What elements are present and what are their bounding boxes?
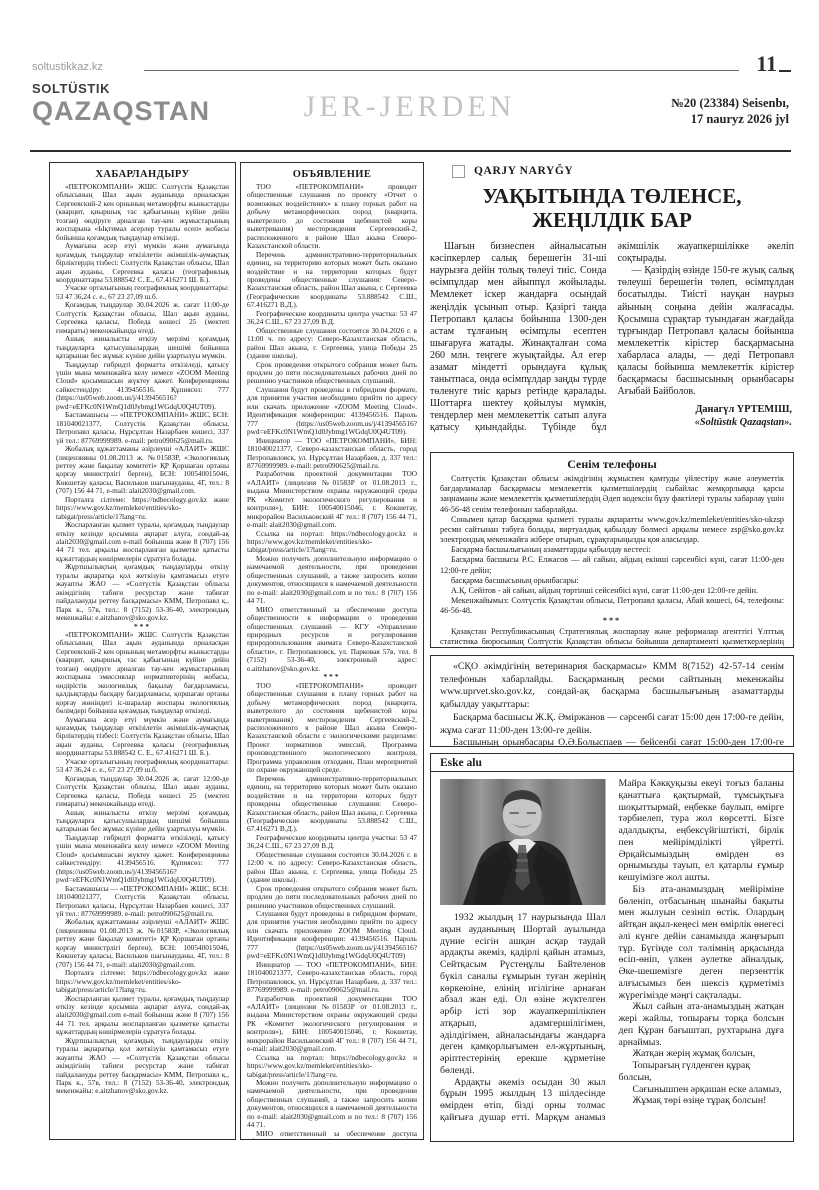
paragraph: Жатқан жерің жұмақ болсын,: [619, 1048, 785, 1060]
paragraph: Ссылка на портал: https://ndbecology.gov…: [247, 1054, 417, 1079]
memorial-box: Eske alu: [430, 753, 794, 1142]
announcement-kz-box: ХАБАРЛАНДЫРУ «ПЕТРОКОМПАНИ» ЖШС Солтүсті…: [49, 162, 236, 1140]
paragraph: Бастамашысы — «ПЕТРОКОМПАНИ» ЖШС, БСН: 1…: [56, 411, 229, 445]
paragraph: Жобалық құжаттаманы әзірлеуші «АЛАИТ» ЖШ…: [56, 445, 229, 496]
paragraph: Сағынышпен әрқашан еске аламыз,: [619, 1084, 785, 1096]
trust-phone-body: Солтүстік Қазақстан облысы әкімдігінің ж…: [440, 474, 784, 648]
article-body: Шағын бизнеспен айналысатын кәсіпкерлер …: [430, 241, 794, 448]
article-byline: Данагүл ҮРТЕМІШ, «Soltüstık Qazaqstan».: [618, 404, 795, 430]
paragraph: ***: [440, 616, 784, 626]
paragraph: «ПЕТРОКОМПАНИ» ЖШС Солтүстік Қазақстан о…: [56, 183, 229, 242]
headline-line-1: УАҚЫТЫНДА ТӨЛЕНСЕ,: [430, 185, 794, 209]
paragraph: Басқарма басшылығының азаматтарды қабылд…: [440, 545, 784, 555]
paragraph: Разработчик проектной документации ТОО «…: [247, 995, 417, 1054]
paragraph: Жұртшылықтың қоғамдық тыңдауларды өткізу…: [56, 1037, 229, 1096]
paragraph: Солтүстік Қазақстан облысы әкімдігінің ж…: [440, 474, 784, 515]
paragraph: Перечень административно-территориальных…: [247, 251, 417, 310]
paragraph: Срок проведения открытого собрания может…: [247, 885, 417, 910]
paragraph: Ашық жиналысты өткізу мерзімі қоғамдық т…: [56, 809, 229, 834]
memorial-body: 1932 жылдың 17 наурызында Шал ақын аудан…: [431, 772, 793, 1136]
veterinary-body: «СҚО әкімдігінің ветеринария басқармасы»…: [440, 661, 784, 747]
article-headline: УАҚЫТЫНДА ТӨЛЕНСЕ, ЖЕҢІЛДІК БАР: [430, 185, 794, 232]
paragraph: Учаске орталығының географиялық координа…: [56, 284, 229, 301]
paragraph: Аумағына әсер етуі мүмкін және аумағында…: [56, 242, 229, 284]
memorial-header: Eske alu: [431, 754, 793, 772]
paragraph: Жоспарланған қызмет туралы, қоғамдық тың…: [56, 521, 229, 563]
paragraph: Тыңдаулар гибридті форматта өткізіледі, …: [56, 834, 229, 885]
paragraph: Ссылка на портал: https://ndbecology.gov…: [247, 530, 417, 555]
article-kicker-row: QARJY NARYĞY: [452, 164, 794, 178]
trust-phone-box: Сенім телефоны Солтүстік Қазақстан облыс…: [430, 452, 794, 648]
paragraph: басқарма басшысының орынбасары:: [440, 576, 784, 586]
article-kicker: QARJY NARYĞY: [474, 165, 573, 177]
paragraph: Жұмақ төрі өзіңе тұрақ болсын!: [619, 1095, 785, 1107]
article: QARJY NARYĞY УАҚЫТЫНДА ТӨЛЕНСЕ, ЖЕҢІЛДІК…: [430, 164, 794, 448]
announcement-kz-title: ХАБАРЛАНДЫРУ: [56, 169, 229, 180]
author-name: Данагүл ҮРТЕМІШ,: [618, 404, 793, 417]
announcement-ru-box: ОБЪЯВЛЕНИЕ ТОО «ПЕТРОКОМПАНИ» проводит о…: [240, 162, 424, 1140]
paragraph: Қазақстан Республикасының Стратегиялық ж…: [440, 627, 784, 648]
paragraph: Басқарма басшысы Ж.Қ. Әміржанов — сәрсен…: [440, 712, 784, 737]
paragraph: Порталға сілтеме: https://ndbecology.gov…: [56, 969, 229, 994]
paragraph: Топырағың гүлденген құрақ болсын,: [619, 1060, 785, 1084]
paragraph: МИО ответственный за обеспечение доступа…: [247, 1130, 417, 1140]
paragraph: Срок проведения открытого собрания может…: [247, 361, 417, 386]
paragraph: Сонымен қатар басқарма қызметі туралы ақ…: [440, 515, 784, 546]
headline-line-2: ЖЕҢІЛДІК БАР: [430, 209, 794, 233]
paragraph: МИО ответственный за обеспечение доступа…: [247, 606, 417, 674]
paragraph: Разработчик проектной документации ТОО «…: [247, 470, 417, 529]
site-url: soltustikkaz.kz: [32, 61, 103, 73]
page-number-dash: [779, 70, 791, 72]
masthead-rule: [30, 150, 791, 152]
newspaper-page: soltustikkaz.kz 11 SOLTÜSTIK QAZAQSTAN J…: [0, 0, 819, 1190]
paragraph: Басшының орынбасары О.Ә.Болыспаев — бейс…: [440, 737, 784, 747]
paragraph: Общественные слушания состоятся 30.04.20…: [247, 851, 417, 885]
paragraph: А.Қ. Сейітов - ай сайын, айдың төртінші …: [440, 586, 784, 596]
portrait-illustration: [440, 779, 606, 905]
paragraph: Можно получить дополнительную информацию…: [247, 555, 417, 606]
paragraph: Географические координаты центра участка…: [247, 310, 417, 327]
paragraph: Аумағына әсер етуі мүмкін және аумағында…: [56, 716, 229, 758]
announcement-kz-body: «ПЕТРОКОМПАНИ» ЖШС Солтүстік Қазақстан о…: [56, 183, 229, 1096]
paragraph: Мекенжайымыз: Солтүстік Қазақстан облысы…: [440, 596, 784, 616]
section-title: JER-JERDEN: [180, 90, 639, 124]
issue-number: №20 (23384) Seisenbı,: [671, 95, 789, 111]
paragraph: Қоғамдық тыңдаулар 30.04.2026 ж. сағат 1…: [56, 775, 229, 809]
issue-info: №20 (23384) Seisenbı, 17 nauryz 2026 jyl: [671, 95, 789, 128]
paragraph: «ПЕТРОКОМПАНИ» ЖШС Солтүстік Қазақстан о…: [56, 631, 229, 716]
issue-date: 17 nauryz 2026 jyl: [671, 111, 789, 127]
kicker-square-icon: [452, 165, 465, 178]
paragraph: ТОО «ПЕТРОКОМПАНИ» проводит общественные…: [247, 682, 417, 775]
paragraph: Перечень административно-территориальных…: [247, 775, 417, 834]
paragraph: Инициатор — ТОО «ПЕТРОКОМПАНИ», БИН: 181…: [247, 961, 417, 995]
paragraph: Басқарма басшысы Р.С. Елжасов — ай сайын…: [440, 555, 784, 575]
paragraph: Слушания будут проведены в гибридном фор…: [247, 910, 417, 961]
paragraph: Жобалық құжаттаманы әзірлеуші «АЛАИТ» ЖШ…: [56, 918, 229, 969]
memorial-portrait-photo: [440, 779, 606, 905]
trust-phone-title: Сенім телефоны: [440, 457, 784, 472]
announcement-ru-body: ТОО «ПЕТРОКОМПАНИ» проводит общественные…: [247, 183, 417, 1140]
paragraph: Общественные слушания состоятся 30.04.20…: [247, 327, 417, 361]
paragraph: Инициатор — ТОО «ПЕТРОКОМПАНИ», БИН: 181…: [247, 437, 417, 471]
paragraph: ТОО «ПЕТРОКОМПАНИ» проводит общественные…: [247, 183, 417, 251]
paragraph: Жұртшылықтың қоғамдық тыңдауларды өткізу…: [56, 563, 229, 622]
paragraph: Географические координаты центра участка…: [247, 834, 417, 851]
paragraph: Ашық жиналысты өткізу мерзімі қоғамдық т…: [56, 335, 229, 360]
memorial-verse: Жатқан жерің жұмақ болсын,Топырағың гүлд…: [619, 1048, 785, 1107]
veterinary-box: «СҚО әкімдігінің ветеринария басқармасы»…: [430, 655, 794, 747]
paragraph: Біз ата-анамыздың мейіріміне бөленіп, от…: [619, 884, 785, 1002]
paragraph: Жыл сайын ата-анамыздың жатқан жері жайл…: [619, 1001, 785, 1048]
paragraph: Учаске орталығының географиялық координа…: [56, 758, 229, 775]
author-org: «Soltüstık Qazaqstan».: [618, 417, 793, 430]
paragraph: Қоғамдық тыңдаулар 30.04.2026 ж. сағат 1…: [56, 301, 229, 335]
paragraph: 1932 жылдың 17 наурызында Шал ақын аудан…: [440, 912, 606, 1077]
paragraph: Жоспарланған қызмет туралы, қоғамдық тың…: [56, 995, 229, 1037]
paragraph: Слушания будут проведены в гибридном фор…: [247, 386, 417, 437]
page-header: soltustikkaz.kz 11: [30, 57, 791, 83]
paragraph: Можно получить дополнительную информацию…: [247, 1079, 417, 1130]
paragraph: — Қазірдің өзінде 150-ге жуық салық төле…: [618, 265, 795, 398]
page-number: 11: [756, 51, 777, 77]
announcement-ru-title: ОБЪЯВЛЕНИЕ: [247, 169, 417, 180]
paragraph: Порталға сілтеме: https://ndbecology.gov…: [56, 496, 229, 521]
header-rule: [144, 70, 739, 71]
paragraph: «СҚО әкімдігінің ветеринария басқармасы»…: [440, 661, 784, 712]
paragraph: Тыңдаулар гибридті форматта өткізіледі, …: [56, 361, 229, 412]
paragraph: Бастамашысы — «ПЕТРОКОМПАНИ» ЖШС, БСН: 1…: [56, 885, 229, 919]
